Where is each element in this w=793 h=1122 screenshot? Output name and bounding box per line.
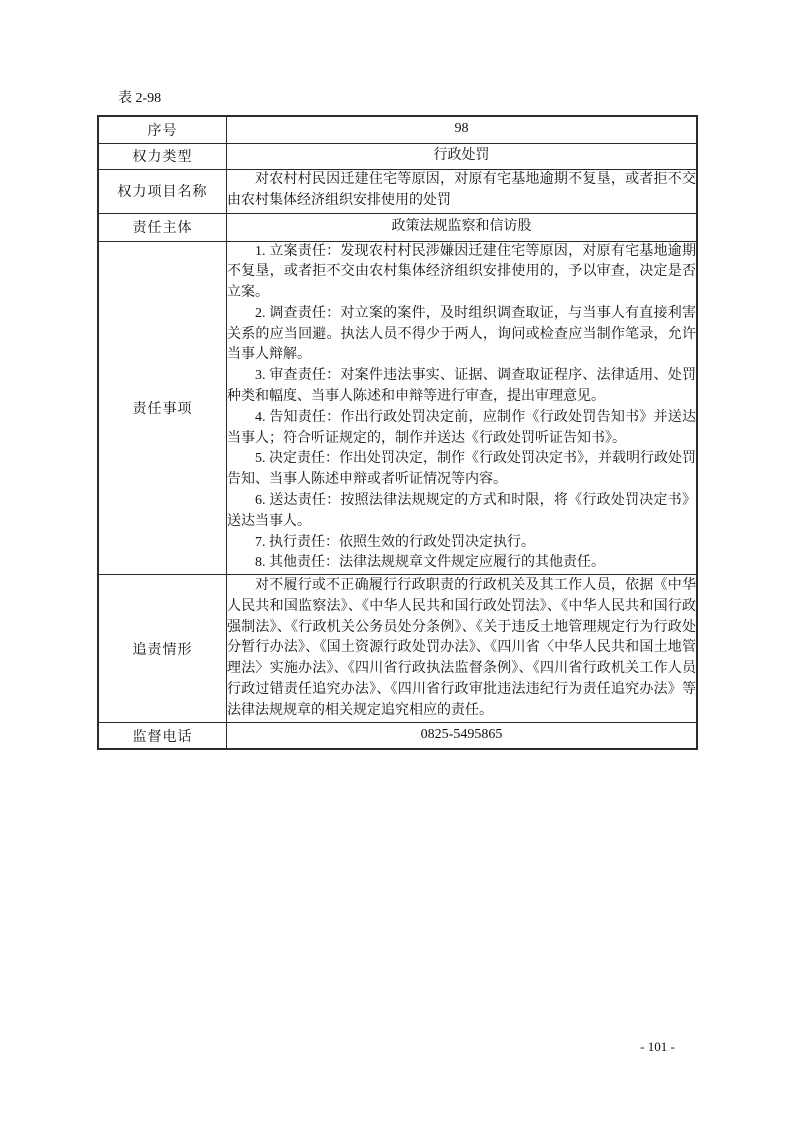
power-item-name-text: 对农村村民因迁建住宅等原因，对原有宅基地逾期不复垦，或者拒不交由农村集体经济组织… bbox=[227, 170, 696, 212]
row-value: 行政处罚 bbox=[227, 143, 698, 169]
row-label: 监督电话 bbox=[98, 723, 227, 749]
row-serial-number: 序号 98 bbox=[98, 116, 697, 143]
responsibility-item: 3. 审查责任：对案件违法事实、证据、调查取证程序、法律适用、处罚种类和幅度、当… bbox=[227, 366, 696, 408]
responsibility-item: 5. 决定责任：作出处罚决定，制作《行政处罚决定书》，并载明行政处罚告知、当事人… bbox=[227, 449, 696, 491]
row-value: 政策法规监察和信访股 bbox=[227, 213, 698, 241]
responsibility-item: 2. 调查责任：对立案的案件，及时组织调查取证，与当事人有直接利害关系的应当回避… bbox=[227, 304, 696, 366]
row-value: 对不履行或不正确履行行政职责的行政机关及其工作人员，依据《中华人民共和国监察法》… bbox=[227, 575, 698, 723]
row-supervision-phone: 监督电话 0825-5495865 bbox=[98, 723, 697, 749]
row-label: 序号 bbox=[98, 116, 227, 143]
row-value: 对农村村民因迁建住宅等原因，对原有宅基地逾期不复垦，或者拒不交由农村集体经济组织… bbox=[227, 169, 698, 213]
row-power-item-name: 权力项目名称 对农村村民因迁建住宅等原因，对原有宅基地逾期不复垦，或者拒不交由农… bbox=[98, 169, 697, 213]
row-accountability-situations: 追责情形 对不履行或不正确履行行政职责的行政机关及其工作人员，依据《中华人民共和… bbox=[98, 575, 697, 723]
row-value: 98 bbox=[227, 116, 698, 143]
responsibility-item: 4. 告知责任：作出行政处罚决定前，应制作《行政处罚告知书》并送达当事人；符合听… bbox=[227, 408, 696, 450]
row-responsible-entity: 责任主体 政策法规监察和信访股 bbox=[98, 213, 697, 241]
row-value: 1. 立案责任：发现农村村民涉嫌因迁建住宅等原因，对原有宅基地逾期不复垦，或者拒… bbox=[227, 241, 698, 575]
row-value: 0825-5495865 bbox=[227, 723, 698, 749]
table-caption: 表 2-98 bbox=[118, 90, 161, 108]
row-label: 权力类型 bbox=[98, 143, 227, 169]
responsibility-item: 7. 执行责任：依照生效的行政处罚决定执行。 bbox=[227, 533, 696, 554]
page-number: - 101 - bbox=[600, 1039, 715, 1055]
row-label: 追责情形 bbox=[98, 575, 227, 723]
accountability-text: 对不履行或不正确履行行政职责的行政机关及其工作人员，依据《中华人民共和国监察法》… bbox=[227, 576, 696, 722]
row-label: 责任主体 bbox=[98, 213, 227, 241]
responsibility-item: 1. 立案责任：发现农村村民涉嫌因迁建住宅等原因，对原有宅基地逾期不复垦，或者拒… bbox=[227, 242, 696, 304]
row-label: 权力项目名称 bbox=[98, 169, 227, 213]
responsibility-item: 8. 其他责任：法律法规规章文件规定应履行的其他责任。 bbox=[227, 553, 696, 574]
power-responsibility-table: 序号 98 权力类型 行政处罚 权力项目名称 对农村村民因迁建住宅等原因，对原有… bbox=[97, 115, 698, 750]
row-power-type: 权力类型 行政处罚 bbox=[98, 143, 697, 169]
row-responsibility-matters: 责任事项 1. 立案责任：发现农村村民涉嫌因迁建住宅等原因，对原有宅基地逾期不复… bbox=[98, 241, 697, 575]
responsibility-item: 6. 送达责任：按照法律法规规定的方式和时限，将《行政处罚决定书》送达当事人。 bbox=[227, 491, 696, 533]
document-page: 表 2-98 序号 98 权力类型 行政处罚 权力项目名称 对农村村民因迁建住宅… bbox=[0, 0, 793, 1122]
row-label: 责任事项 bbox=[98, 241, 227, 575]
